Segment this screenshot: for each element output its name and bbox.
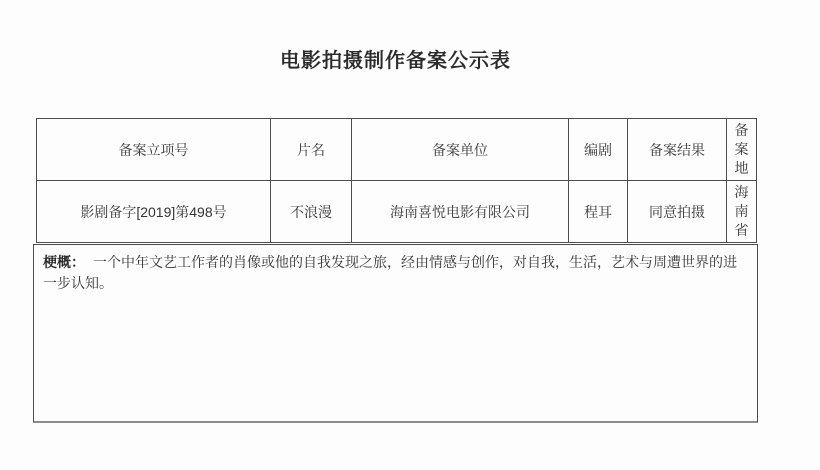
cell-filing-result: 同意拍摄 — [628, 181, 727, 243]
synopsis-text: 一个中年文艺工作者的肖像或他的自我发现之旅，经由情感与创作，对自我，生活，艺术与… — [43, 254, 737, 291]
table-header-row: 备案立项号 片名 备案单位 编剧 备案结果 备案地 — [37, 119, 757, 181]
header-cell-filing-location: 备案地 — [727, 119, 757, 181]
header-cell-film-title: 片名 — [271, 119, 352, 181]
filing-location-value-vertical: 海南省 — [734, 183, 750, 240]
header-cell-filing-unit: 备案单位 — [352, 119, 569, 181]
page-title: 电影拍摄制作备案公示表 — [33, 44, 758, 73]
filing-location-header-vertical: 备案地 — [734, 121, 750, 178]
synopsis-label: 梗概： — [43, 254, 85, 270]
cell-filing-location: 海南省 — [727, 181, 757, 243]
cell-film-title: 不浪漫 — [271, 181, 352, 243]
header-cell-filing-result: 备案结果 — [628, 119, 727, 181]
header-cell-filing-number: 备案立项号 — [37, 119, 271, 181]
filing-notice-page: 电影拍摄制作备案公示表 备案立项号 片名 备案单位 编剧 备案结果 备案地 影剧… — [0, 0, 820, 470]
header-cell-screenwriter: 编剧 — [569, 119, 628, 181]
cell-filing-number: 影剧备字[2019]第498号 — [37, 181, 271, 243]
table-row: 影剧备字[2019]第498号 不浪漫 海南喜悦电影有限公司 程耳 同意拍摄 海… — [37, 181, 757, 243]
cell-filing-unit: 海南喜悦电影有限公司 — [352, 181, 569, 243]
synopsis-box: 梗概：一个中年文艺工作者的肖像或他的自我发现之旅，经由情感与创作，对自我，生活，… — [33, 244, 758, 423]
filing-table: 备案立项号 片名 备案单位 编剧 备案结果 备案地 影剧备字[2019]第498… — [36, 118, 757, 243]
cell-screenwriter: 程耳 — [569, 181, 628, 243]
